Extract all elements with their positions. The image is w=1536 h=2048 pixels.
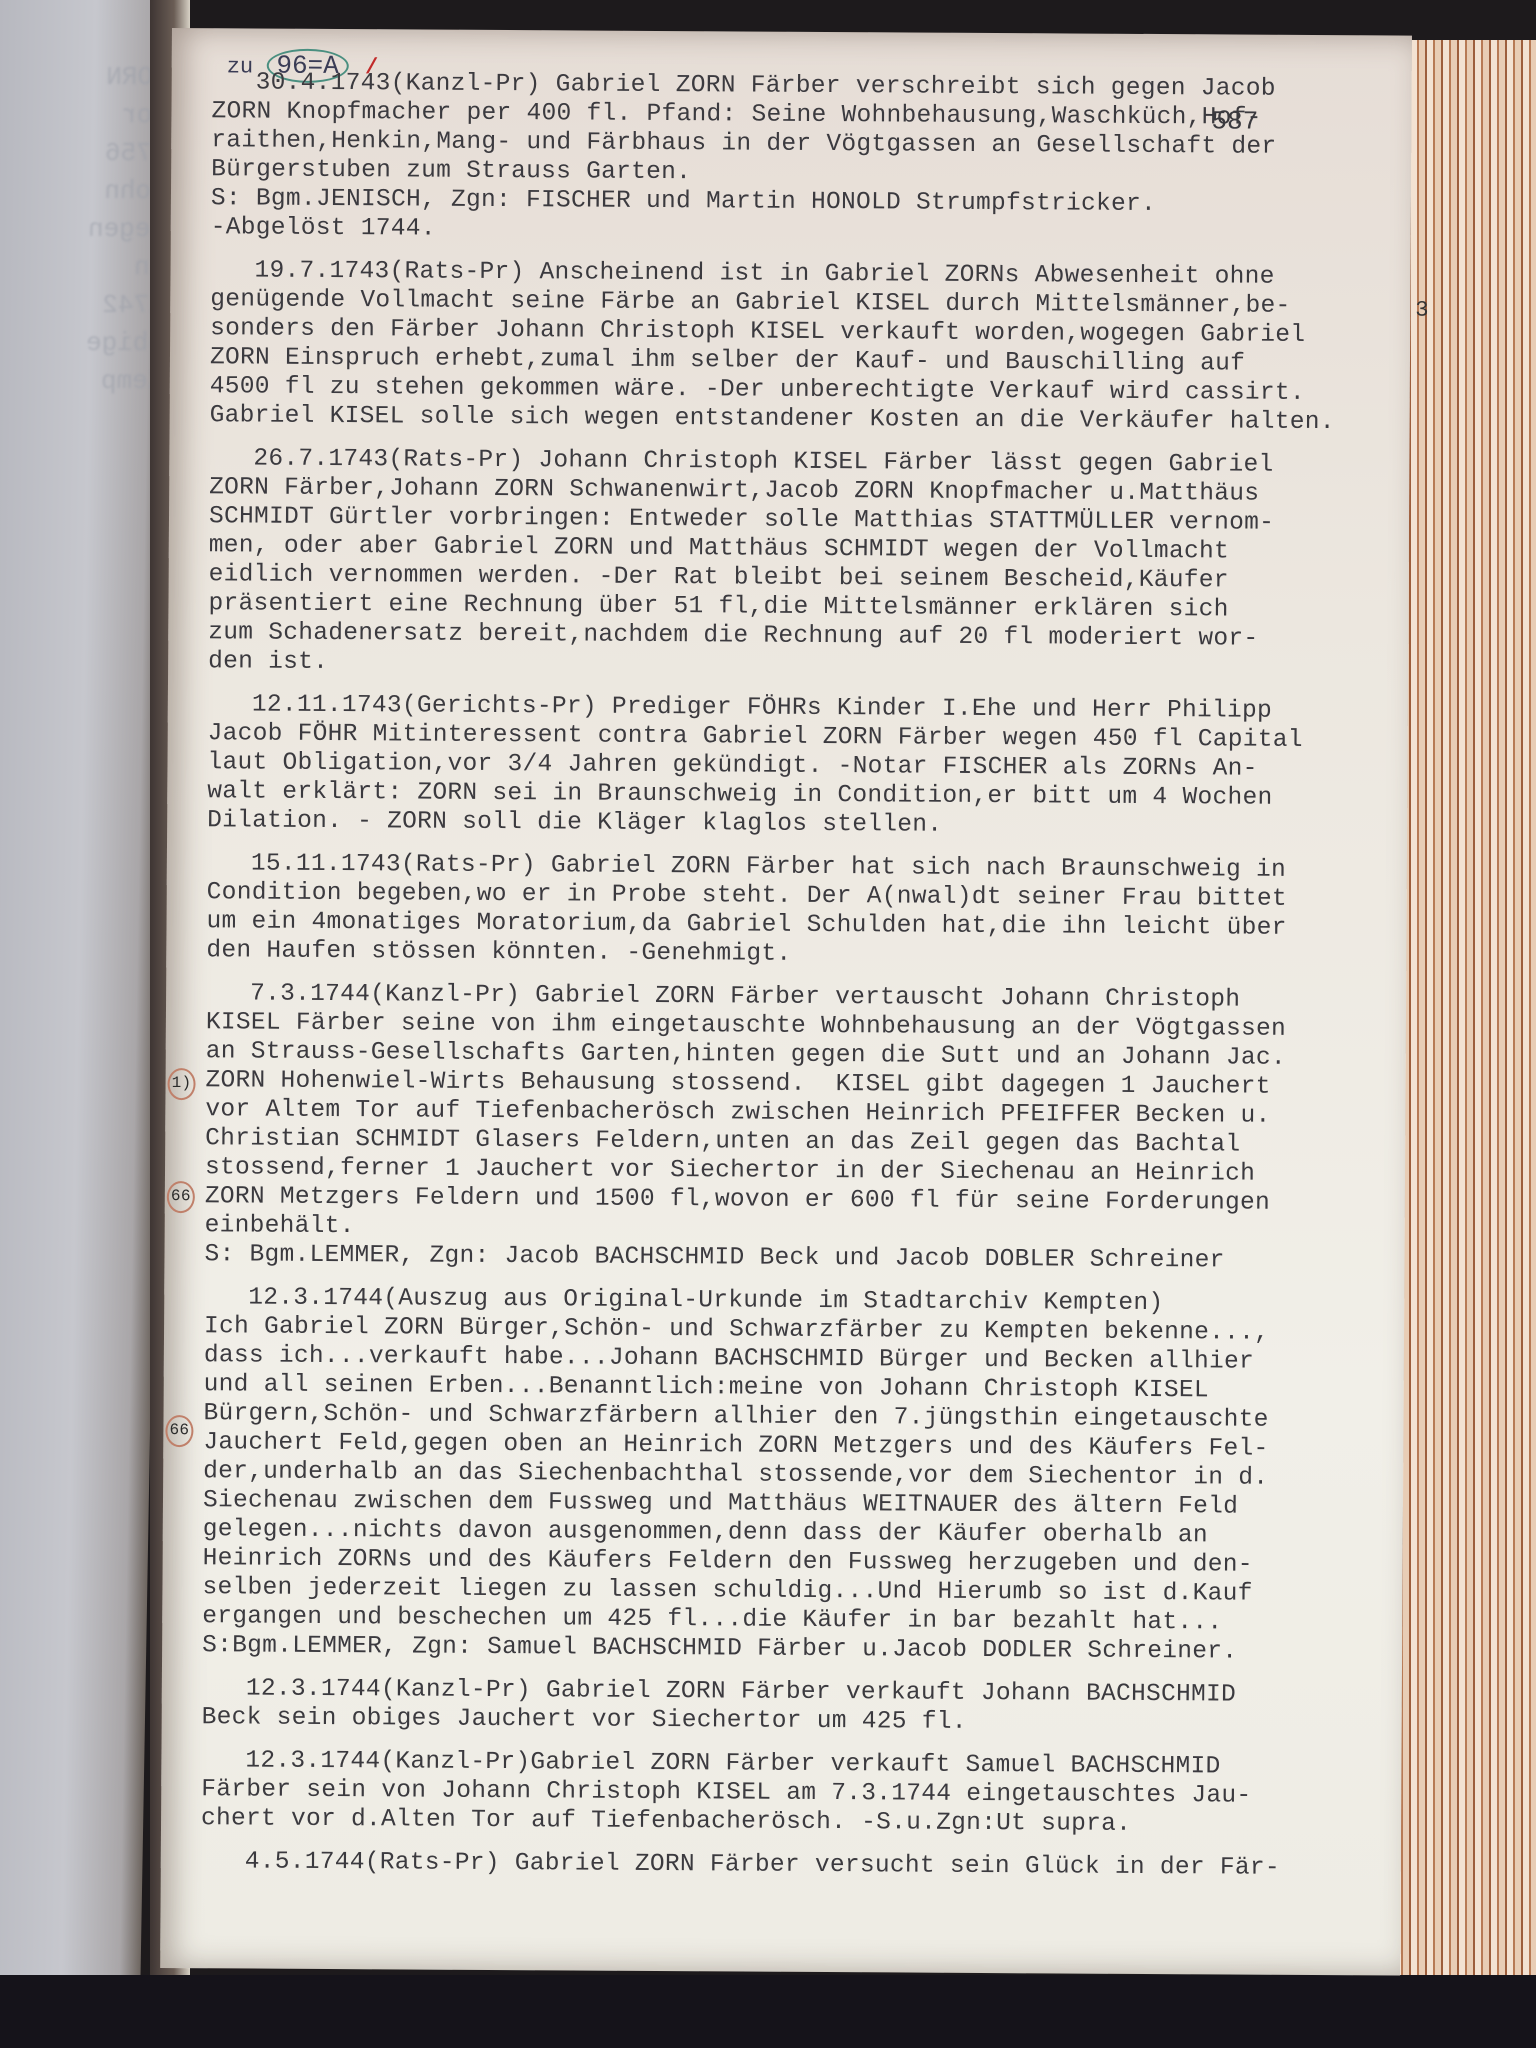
document-body: 30.4.1743(Kanzl-Pr) Gabriel ZORN Färber … — [201, 68, 1392, 1897]
entry-heading-line: 4.5.1744(Rats-Pr) Gabriel ZORN Färber ve… — [201, 1847, 1381, 1883]
margin-mark-right: 3 — [1415, 298, 1428, 323]
record-entry: 30.4.1743(Kanzl-Pr) Gabriel ZORN Färber … — [211, 68, 1392, 249]
entry-text-line: Gabriel KISEL solle sich wegen entstande… — [210, 401, 1390, 437]
circled-margin-mark: 66 — [165, 1415, 193, 1447]
record-entry: 12.11.1743(Gerichts-Pr) Prediger FÖHRs K… — [207, 690, 1388, 842]
bleed-through-text: ZORN vor 1756 sohn gegen in 1742 obige K… — [0, 20, 170, 438]
circled-margin-mark: 1) — [167, 1068, 195, 1100]
record-entry: 26.7.1743(Rats-Pr) Johann Christoph KISE… — [208, 444, 1389, 683]
typed-page: zu 96=A / 587 30.4.1743(Kanzl-Pr) Gabrie… — [160, 28, 1412, 1976]
facing-left-page: ZORN vor 1756 sohn gegen in 1742 obige K… — [0, 0, 175, 1990]
entry-text-line: S: Bgm.LEMMER, Zgn: Jacob BACHSCHMID Bec… — [204, 1240, 1384, 1276]
record-entry: 7.3.1744(Kanzl-Pr) Gabriel ZORN Färber v… — [204, 979, 1386, 1276]
background-shadow — [0, 1975, 1536, 2048]
record-entry: 4.5.1744(Rats-Pr) Gabriel ZORN Färber ve… — [201, 1847, 1381, 1883]
record-entry: 19.7.1743(Rats-Pr) Anscheinend ist in Ga… — [210, 256, 1391, 437]
record-entry: 12.3.1744(Kanzl-Pr) Gabriel ZORN Färber … — [202, 1674, 1382, 1739]
circled-margin-mark: 66 — [167, 1181, 195, 1213]
record-entry: 15.11.1743(Rats-Pr) Gabriel ZORN Färber … — [206, 849, 1387, 972]
entry-text-line: S:Bgm.LEMMER, Zgn: Samuel BACHSCHMID Fär… — [202, 1631, 1382, 1667]
record-entry: 12.3.1744(Auszug aus Original-Urkunde im… — [202, 1283, 1384, 1667]
page-edges — [1395, 40, 1536, 1980]
record-entry: 12.3.1744(Kanzl-Pr)Gabriel ZORN Färber v… — [201, 1746, 1382, 1840]
entry-text-line: -Abgelöst 1744. — [211, 213, 1391, 249]
